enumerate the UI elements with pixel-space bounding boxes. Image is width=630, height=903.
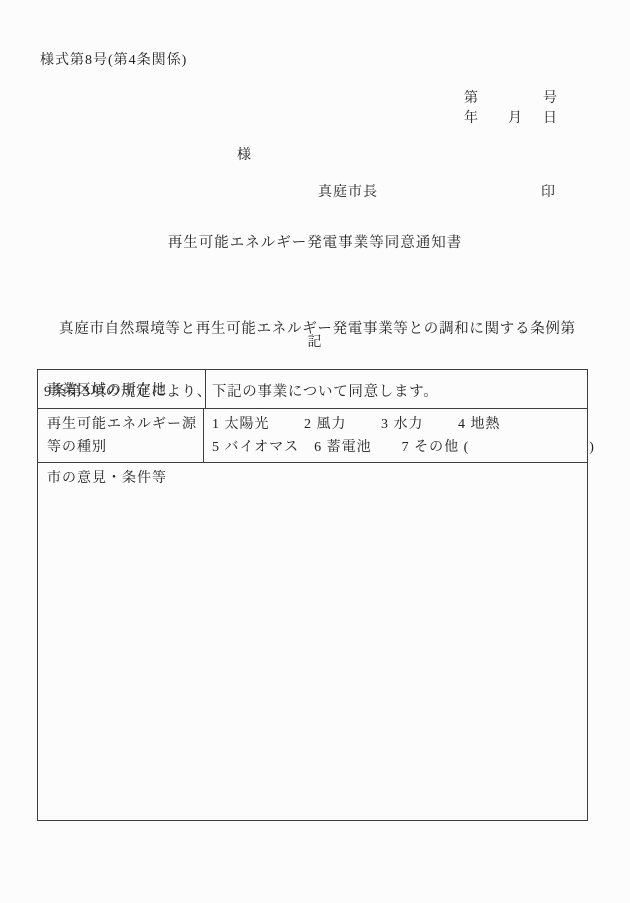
- energy-options-line-2: 5 バイオマス 6 蓄電池 7 その他 ( ): [212, 436, 595, 459]
- document-title: 再生可能エネルギー発電事業等同意通知書: [0, 231, 630, 252]
- seal-mark: 印: [541, 181, 556, 201]
- energy-type-label: 再生可能エネルギー源 等の種別: [38, 409, 204, 462]
- location-label: 事業区域の所在地: [38, 370, 206, 408]
- location-value-cell: [206, 370, 587, 408]
- details-table: 事業区域の所在地 再生可能エネルギー源 等の種別 1 太陽光 2 風力 3 水力…: [37, 369, 588, 821]
- energy-options-line-1: 1 太陽光 2 風力 3 水力 4 地熱: [212, 413, 595, 436]
- energy-type-options-cell: 1 太陽光 2 風力 3 水力 4 地熱 5 バイオマス 6 蓄電池 7 その他…: [204, 409, 599, 462]
- table-row-city-opinion: 市の意見・条件等: [38, 463, 587, 820]
- doc-number-suffix: 号: [543, 87, 558, 107]
- record-heading: 記: [0, 331, 630, 351]
- table-row-location: 事業区域の所在地: [38, 370, 587, 409]
- energy-type-label-line-1: 再生可能エネルギー源: [47, 413, 197, 436]
- city-opinion-label: 市の意見・条件等: [38, 463, 587, 820]
- addressee-suffix: 様: [237, 144, 252, 164]
- document-page: 様式第8号(第4条関係) 第 号 年 月 日 様 真庭市長 印 再生可能エネルギ…: [0, 0, 630, 903]
- date-month-label: 月: [508, 107, 523, 127]
- sender-title: 真庭市長: [318, 181, 378, 201]
- form-number: 様式第8号(第4条関係): [40, 49, 187, 69]
- energy-type-label-line-2: 等の種別: [47, 436, 197, 459]
- date-day-label: 日: [543, 107, 558, 127]
- table-row-energy-type: 再生可能エネルギー源 等の種別 1 太陽光 2 風力 3 水力 4 地熱 5 バ…: [38, 409, 587, 463]
- doc-number-prefix: 第: [464, 87, 479, 107]
- date-year-label: 年: [464, 107, 479, 127]
